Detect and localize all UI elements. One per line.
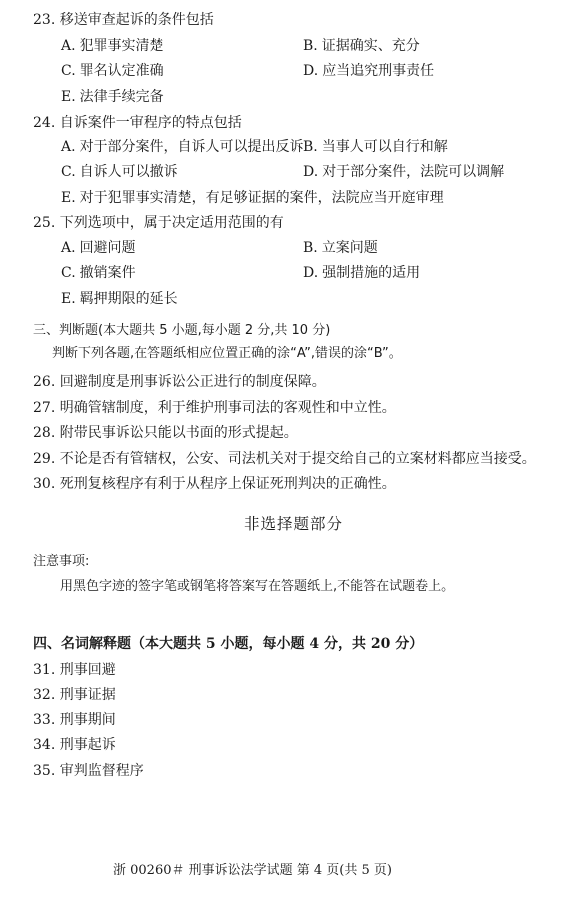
option-label: B. — [303, 239, 318, 257]
option-text: 对于部分案件，法院可以调解 — [322, 164, 504, 180]
option-label: B. — [303, 138, 318, 156]
section-3-title: 三、判断题(本大题共 5 小题,每小题 2 分,共 10 分) — [33, 322, 330, 340]
question-number: 23. — [33, 11, 55, 29]
option-25-a: A.回避问题 — [61, 239, 136, 257]
option-text: 当事人可以自行和解 — [322, 139, 448, 155]
option-25-c: C.撤销案件 — [61, 264, 136, 282]
question-number: 28. — [33, 424, 55, 442]
option-25-b: B.立案问题 — [303, 239, 378, 257]
question-stem: 移送审查起诉的条件包括 — [60, 12, 214, 28]
option-label: A. — [61, 37, 76, 55]
option-text: 撤销案件 — [80, 265, 136, 281]
option-24-a: A.对于部分案件，自诉人可以提出反诉 — [61, 138, 304, 156]
option-25-e: E.羁押期限的延长 — [61, 290, 178, 308]
question-number: 26. — [33, 373, 55, 391]
option-label: C. — [61, 264, 76, 282]
page-footer: 浙 00260＃ 刑事诉讼法学试题 第 4 页(共 5 页) — [113, 862, 392, 880]
option-text: 应当追究刑事责任 — [322, 63, 434, 79]
question-number: 32. — [33, 686, 55, 704]
judgment-item-26: 26. 回避制度是刑事诉讼公正进行的制度保障。 — [33, 373, 326, 391]
question-stem: 下列选项中，属于决定适用范围的有 — [60, 215, 284, 231]
question-23: 23. 移送审查起诉的条件包括 — [33, 11, 214, 29]
question-number: 30. — [33, 475, 55, 493]
judgment-item-30: 30. 死刑复核程序有利于从程序上保证死刑判决的正确性。 — [33, 475, 396, 493]
notice-text: 用黑色字迹的签字笔或钢笔将答案写在答题纸上,不能答在试题卷上。 — [60, 578, 454, 596]
question-text: 刑事回避 — [60, 662, 116, 678]
option-label: D. — [303, 163, 318, 181]
option-label: E. — [61, 88, 76, 106]
question-number: 34. — [33, 736, 55, 754]
question-text: 明确管辖制度，利于维护刑事司法的客观性和中立性。 — [60, 400, 396, 416]
question-number: 33. — [33, 711, 55, 729]
option-text: 强制措施的适用 — [322, 265, 420, 281]
option-text: 罪名认定准确 — [80, 63, 164, 79]
section-3-instruction: 判断下列各题,在答题纸相应位置正确的涂“A”,错误的涂“B”。 — [52, 345, 402, 363]
option-label: E. — [61, 290, 76, 308]
question-number: 35. — [33, 762, 55, 780]
option-23-c: C.罪名认定准确 — [61, 62, 164, 80]
option-label: D. — [303, 62, 318, 80]
option-text: 立案问题 — [322, 240, 378, 256]
option-24-b: B.当事人可以自行和解 — [303, 138, 448, 156]
question-text: 死刑复核程序有利于从程序上保证死刑判决的正确性。 — [60, 476, 396, 492]
option-text: 自诉人可以撤诉 — [80, 164, 178, 180]
term-item-34: 34. 刑事起诉 — [33, 736, 116, 754]
question-number: 24. — [33, 114, 55, 132]
question-text: 审判监督程序 — [60, 763, 144, 779]
question-number: 29. — [33, 450, 55, 468]
judgment-item-29: 29. 不论是否有管辖权，公安、司法机关对于提交给自己的立案材料都应当接受。 — [33, 450, 536, 468]
option-text: 法律手续完备 — [80, 89, 164, 105]
option-label: E. — [61, 189, 76, 207]
judgment-item-27: 27. 明确管辖制度，利于维护刑事司法的客观性和中立性。 — [33, 399, 396, 417]
question-stem: 自诉案件一审程序的特点包括 — [60, 115, 242, 131]
option-label: D. — [303, 264, 318, 282]
question-text: 回避制度是刑事诉讼公正进行的制度保障。 — [60, 374, 326, 390]
question-number: 31. — [33, 661, 55, 679]
term-item-35: 35. 审判监督程序 — [33, 762, 144, 780]
notice-label: 注意事项: — [33, 553, 89, 571]
option-23-d: D.应当追究刑事责任 — [303, 62, 434, 80]
option-label: B. — [303, 37, 318, 55]
option-text: 回避问题 — [80, 240, 136, 256]
option-23-b: B.证据确实、充分 — [303, 37, 420, 55]
option-23-e: E.法律手续完备 — [61, 88, 164, 106]
option-label: C. — [61, 163, 76, 181]
term-item-31: 31. 刑事回避 — [33, 661, 116, 679]
option-24-d: D.对于部分案件，法院可以调解 — [303, 163, 504, 181]
question-text: 附带民事诉讼只能以书面的形式提起。 — [60, 425, 298, 441]
part-2-title: 非选择题部分 — [244, 513, 343, 535]
option-text: 证据确实、充分 — [322, 38, 420, 54]
option-text: 对于部分案件，自诉人可以提出反诉 — [80, 139, 304, 155]
question-25: 25. 下列选项中，属于决定适用范围的有 — [33, 214, 284, 232]
question-24: 24. 自诉案件一审程序的特点包括 — [33, 114, 242, 132]
option-25-d: D.强制措施的适用 — [303, 264, 420, 282]
question-text: 不论是否有管辖权，公安、司法机关对于提交给自己的立案材料都应当接受。 — [60, 451, 536, 467]
option-text: 对于犯罪事实清楚，有足够证据的案件，法院应当开庭审理 — [80, 190, 444, 206]
section-4-title: 四、名词解释题（本大题共 5 小题，每小题 4 分，共 20 分） — [33, 635, 423, 653]
option-text: 羁押期限的延长 — [80, 291, 178, 307]
question-text: 刑事证据 — [60, 687, 116, 703]
option-label: A. — [61, 138, 76, 156]
question-text: 刑事期间 — [60, 712, 116, 728]
option-text: 犯罪事实清楚 — [80, 38, 164, 54]
question-number: 27. — [33, 399, 55, 417]
option-23-a: A.犯罪事实清楚 — [61, 37, 164, 55]
option-label: A. — [61, 239, 76, 257]
option-24-c: C.自诉人可以撤诉 — [61, 163, 178, 181]
option-label: C. — [61, 62, 76, 80]
term-item-32: 32. 刑事证据 — [33, 686, 116, 704]
judgment-item-28: 28. 附带民事诉讼只能以书面的形式提起。 — [33, 424, 298, 442]
term-item-33: 33. 刑事期间 — [33, 711, 116, 729]
option-24-e: E.对于犯罪事实清楚，有足够证据的案件，法院应当开庭审理 — [61, 189, 444, 207]
question-number: 25. — [33, 214, 55, 232]
question-text: 刑事起诉 — [60, 737, 116, 753]
